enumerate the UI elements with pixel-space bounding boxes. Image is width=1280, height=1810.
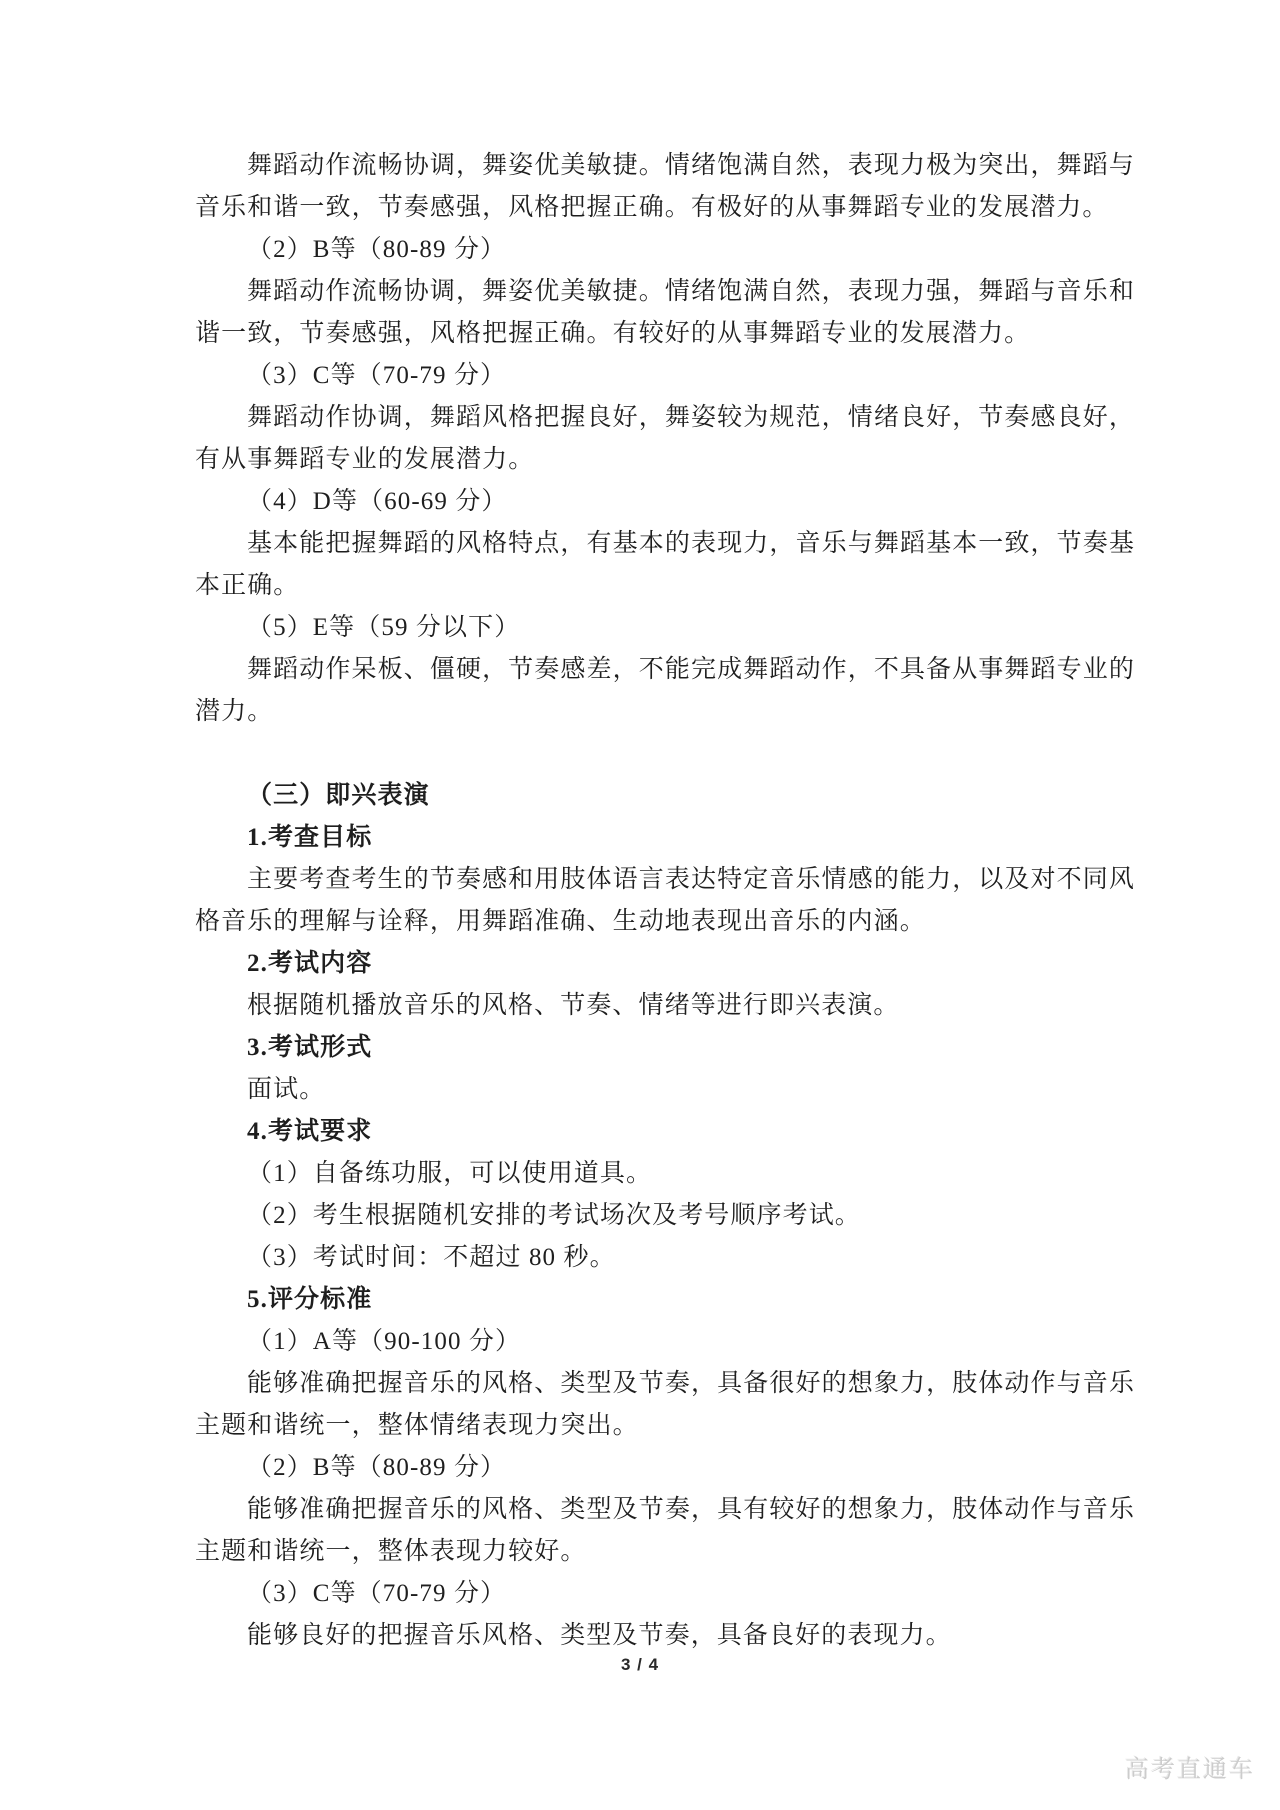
body-paragraph: 能够准确把握音乐的风格、类型及节奏，具备很好的想象力，肢体动作与音乐主题和谐统一…	[195, 1363, 1135, 1447]
grade-c-label-line: （3）C等（70-79 分）	[195, 355, 1135, 397]
numbered-heading-exam-format: 3.考试形式	[195, 1027, 1135, 1069]
requirement-item: （1）自备练功服，可以使用道具。	[195, 1153, 1135, 1195]
page-number: 3 / 4	[0, 1655, 1280, 1675]
numbered-heading-exam-content: 2.考试内容	[195, 943, 1135, 985]
grade-c-label-line: （3）C等（70-79 分）	[195, 1573, 1135, 1615]
body-paragraph: 舞蹈动作流畅协调，舞姿优美敏捷。情绪饱满自然，表现力极为突出，舞蹈与音乐和谐一致…	[195, 145, 1135, 229]
numbered-heading-scoring-criteria: 5.评分标准	[195, 1279, 1135, 1321]
body-paragraph: 能够准确把握音乐的风格、类型及节奏，具有较好的想象力，肢体动作与音乐主题和谐统一…	[195, 1489, 1135, 1573]
watermark-text: 高考直通车	[1125, 1749, 1255, 1784]
body-paragraph: 舞蹈动作流畅协调，舞姿优美敏捷。情绪饱满自然，表现力强，舞蹈与音乐和谐一致，节奏…	[195, 271, 1135, 355]
grade-d-label-line: （4）D等（60-69 分）	[195, 481, 1135, 523]
body-paragraph: 面试。	[195, 1069, 1135, 1111]
body-paragraph: 基本能把握舞蹈的风格特点，有基本的表现力，音乐与舞蹈基本一致，节奏基本正确。	[195, 523, 1135, 607]
requirement-item: （3）考试时间：不超过 80 秒。	[195, 1237, 1135, 1279]
grade-a-label-line: （1）A等（90-100 分）	[195, 1321, 1135, 1363]
body-paragraph: 主要考查考生的节奏感和用肢体语言表达特定音乐情感的能力，以及对不同风格音乐的理解…	[195, 859, 1135, 943]
grade-b-label-line: （2）B等（80-89 分）	[195, 229, 1135, 271]
numbered-heading-exam-objective: 1.考查目标	[195, 817, 1135, 859]
grade-b-label-line: （2）B等（80-89 分）	[195, 1447, 1135, 1489]
section-heading-improvisation: （三）即兴表演	[195, 775, 1135, 817]
grade-e-label-line: （5）E等（59 分以下）	[195, 607, 1135, 649]
body-paragraph: 舞蹈动作呆板、僵硬，节奏感差，不能完成舞蹈动作，不具备从事舞蹈专业的潜力。	[195, 649, 1135, 733]
body-paragraph: 能够良好的把握音乐风格、类型及节奏，具备良好的表现力。	[195, 1615, 1135, 1657]
document-page: 舞蹈动作流畅协调，舞姿优美敏捷。情绪饱满自然，表现力极为突出，舞蹈与音乐和谐一致…	[0, 0, 1280, 1810]
body-paragraph: 根据随机播放音乐的风格、节奏、情绪等进行即兴表演。	[195, 985, 1135, 1027]
body-paragraph: 舞蹈动作协调，舞蹈风格把握良好，舞姿较为规范，情绪良好，节奏感良好，有从事舞蹈专…	[195, 397, 1135, 481]
document-body: 舞蹈动作流畅协调，舞姿优美敏捷。情绪饱满自然，表现力极为突出，舞蹈与音乐和谐一致…	[195, 145, 1135, 1657]
numbered-heading-exam-requirements: 4.考试要求	[195, 1111, 1135, 1153]
requirement-item: （2）考生根据随机安排的考试场次及考号顺序考试。	[195, 1195, 1135, 1237]
